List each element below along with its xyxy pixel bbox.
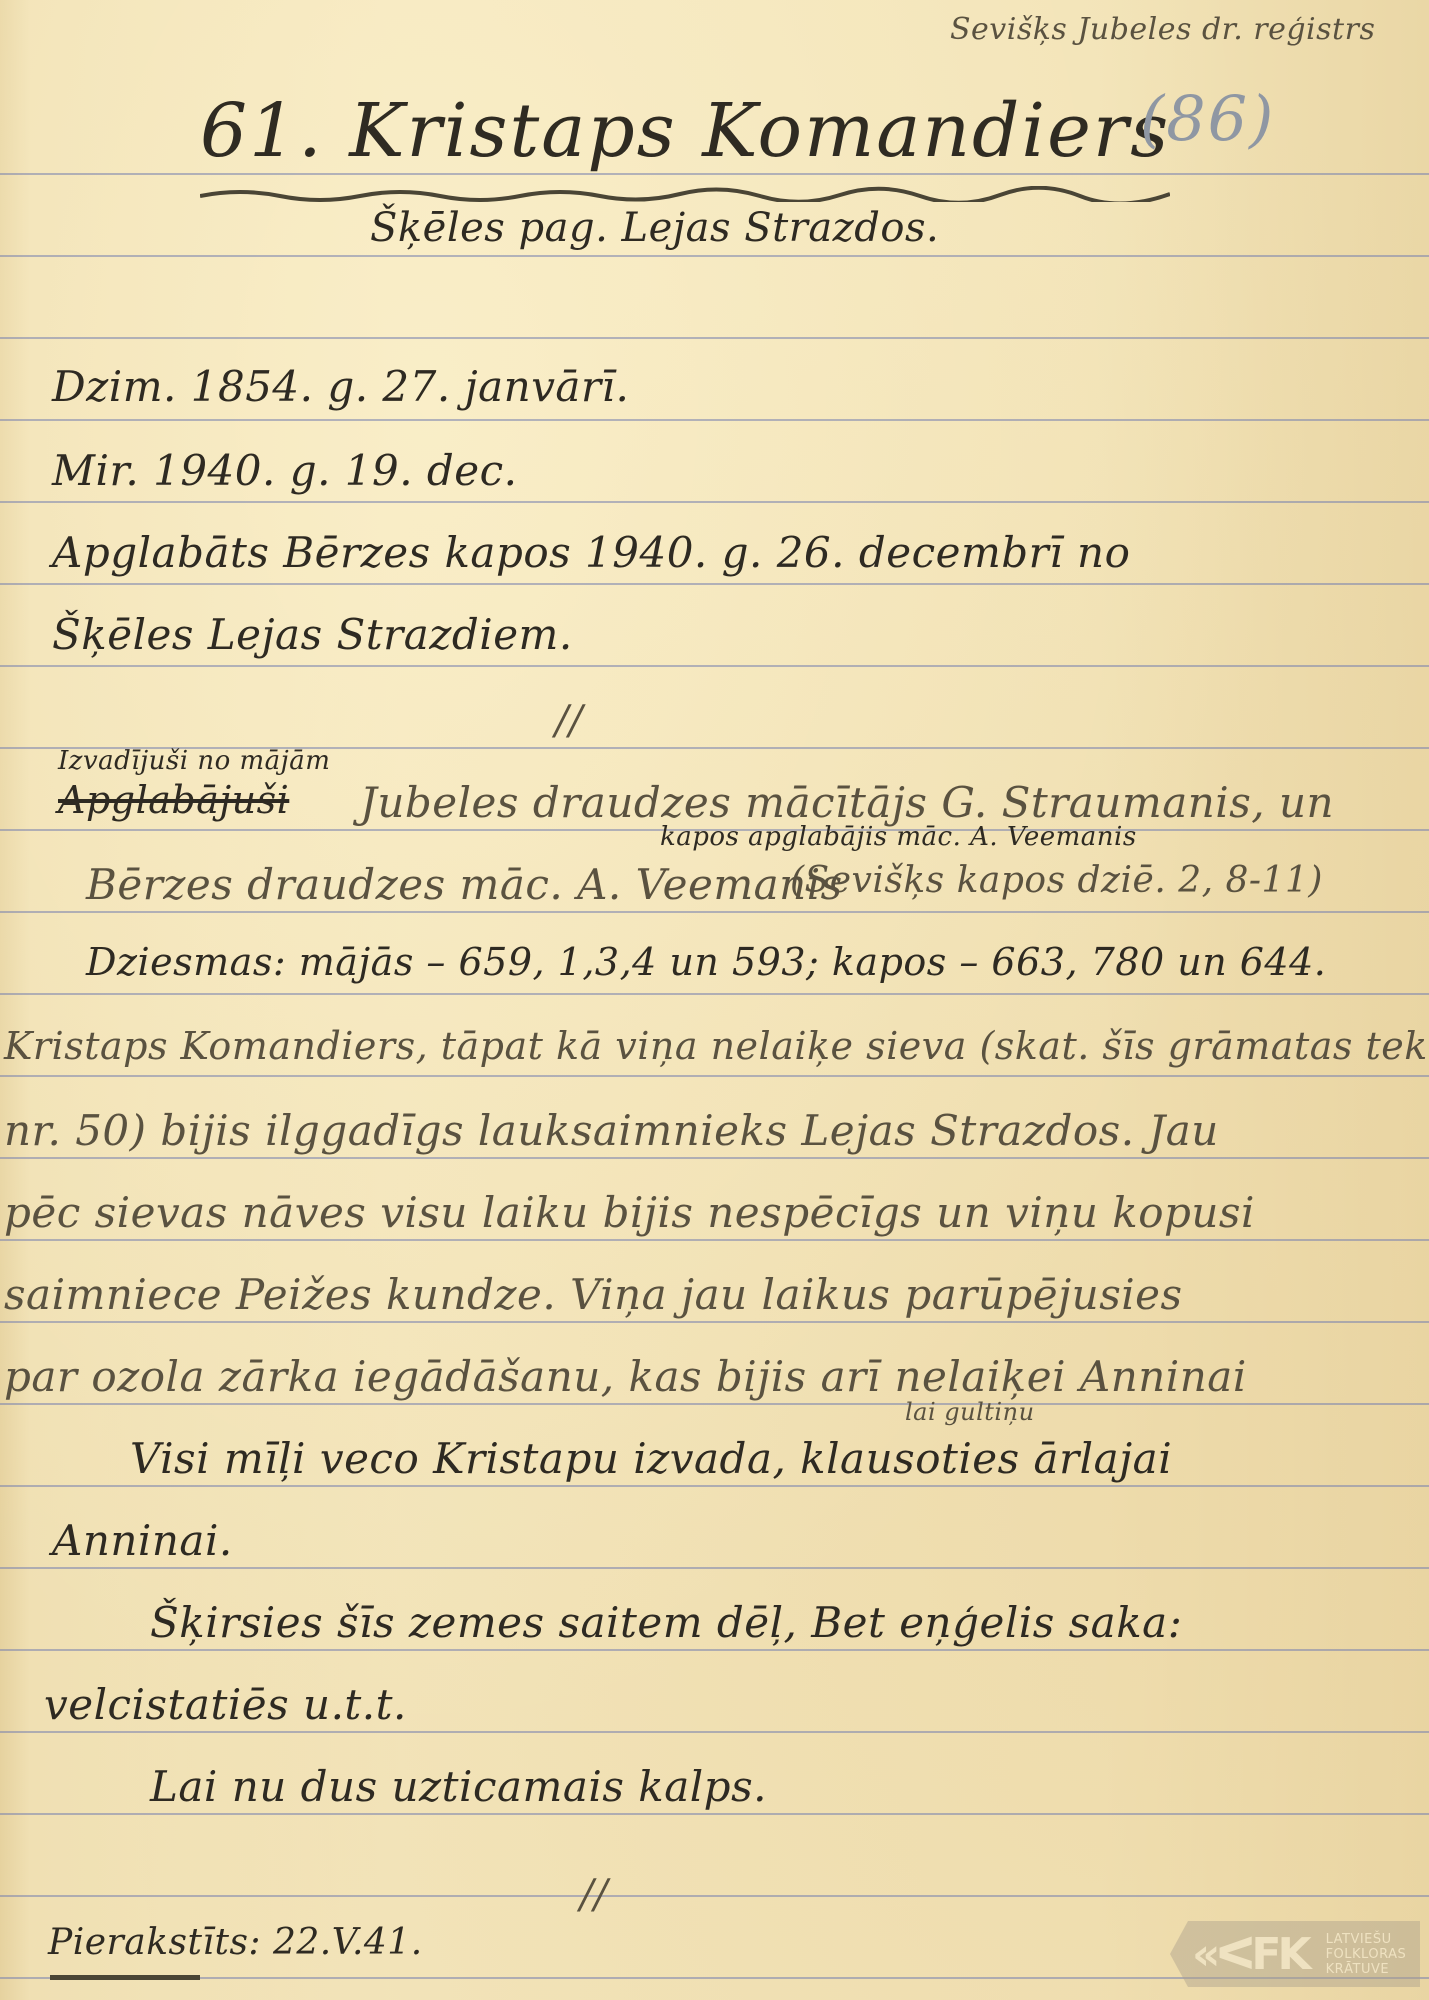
paragraph-line-4: saimniece Peižes kundze. Viņa jau laikus… [4,1270,1183,1319]
title-underline [200,186,1170,202]
logo-line-3: KRĀTUVE [1326,1962,1407,1977]
ruled-line [0,1813,1429,1815]
paragraph-line-8: Šķirsies šīs zemes saitem dēļ, Bet eņģel… [150,1598,1182,1647]
ruled-line [0,419,1429,421]
paragraph-line-2: nr. 50) bijis ilggadīgs lauksaimnieks Le… [4,1106,1219,1155]
paragraph-line-10: Lai nu dus uzticamais kalps. [150,1762,767,1811]
page-title: 61. Kristaps Komandiers [200,88,1170,174]
separator-mark: // [555,698,583,744]
ruled-line [0,1075,1429,1077]
paragraph-line-7: Anninai. [52,1516,233,1565]
recorded-underline [50,1975,200,1980]
ruled-line [0,1895,1429,1897]
ruled-line [0,583,1429,585]
ruled-line [0,255,1429,257]
ruled-line [0,1321,1429,1323]
ruled-line [0,911,1429,913]
logo-line-2: FOLKLORAS [1326,1947,1407,1962]
paragraph-line-9: velcistatiēs u.t.t. [44,1680,407,1729]
birth-line: Dzim. 1854. g. 27. janvārī. [52,362,629,411]
officiants-line-2-note: (Sevišķs kapos dziē. 2, 8-11) [790,860,1323,901]
ruled-line [0,337,1429,339]
top-note: Sevišķs Jubeles dr. reģistrs [950,12,1375,47]
ruled-line [0,501,1429,503]
archive-manuscript-page: Sevišķs Jubeles dr. reģistrs 61. Kristap… [0,0,1429,2000]
paragraph-line-5: par ozola zārka iegādāšanu, kas bijis ar… [4,1352,1247,1401]
ruled-line [0,1731,1429,1733]
paragraph-line-1: Kristaps Komandiers, tāpat kā viņa nelai… [4,1024,1429,1068]
ruled-line [0,1239,1429,1241]
page-subtitle: Šķēles pag. Lejas Strazdos. [370,205,939,251]
folklore-archive-logo: «ᐸFK LATVIEŠU FOLKLORAS KRĀTUVE [1170,1918,1420,1990]
ruled-line [0,1649,1429,1651]
logo-badge: «ᐸFK LATVIEŠU FOLKLORAS KRĀTUVE [1170,1921,1420,1987]
logo-line-1: LATVIEŠU [1326,1932,1407,1947]
paragraph-line-3: pēc sievas nāves visu laiku bijis nespēc… [4,1188,1255,1237]
ruled-line [0,1403,1429,1405]
burial-line-2: Šķēles Lejas Strazdiem. [52,610,573,659]
recorded-date: Pierakstīts: 22.V.41. [48,1922,423,1963]
officiants-inserted-label: Izvadījuši no mājām [58,746,330,776]
ruled-line [0,1157,1429,1159]
ruled-line [0,993,1429,995]
logo-text: LATVIEŠU FOLKLORAS KRĀTUVE [1326,1932,1407,1977]
ruled-line [0,1485,1429,1487]
paragraph-line-6-insert: lai gultiņu [905,1398,1035,1426]
officiants-struck-label: Apglabājuši [58,778,289,822]
title-number-note: (86) [1140,82,1275,155]
officiants-line-1: Jubeles draudzes mācītājs G. Straumanis,… [360,778,1334,827]
paragraph-line-6: Visi mīļi veco Kristapu izvada, klausoti… [130,1434,1172,1483]
officiants-line-2: Bērzes draudzes māc. A. Veemanis [86,860,843,909]
logo-mark-icon: «ᐸFK [1192,1929,1308,1980]
officiants-insert: kapos apglabājis māc. A. Veemanis [660,822,1137,852]
bottom-separator-mark: // [580,1872,608,1918]
ruled-line [0,665,1429,667]
hymns-line: Dziesmas: mājās – 659, 1,3,4 un 593; kap… [86,940,1326,984]
death-line: Mir. 1940. g. 19. dec. [52,446,518,495]
ruled-line [0,1567,1429,1569]
burial-line-1: Apglabāts Bērzes kapos 1940. g. 26. dece… [52,528,1130,577]
